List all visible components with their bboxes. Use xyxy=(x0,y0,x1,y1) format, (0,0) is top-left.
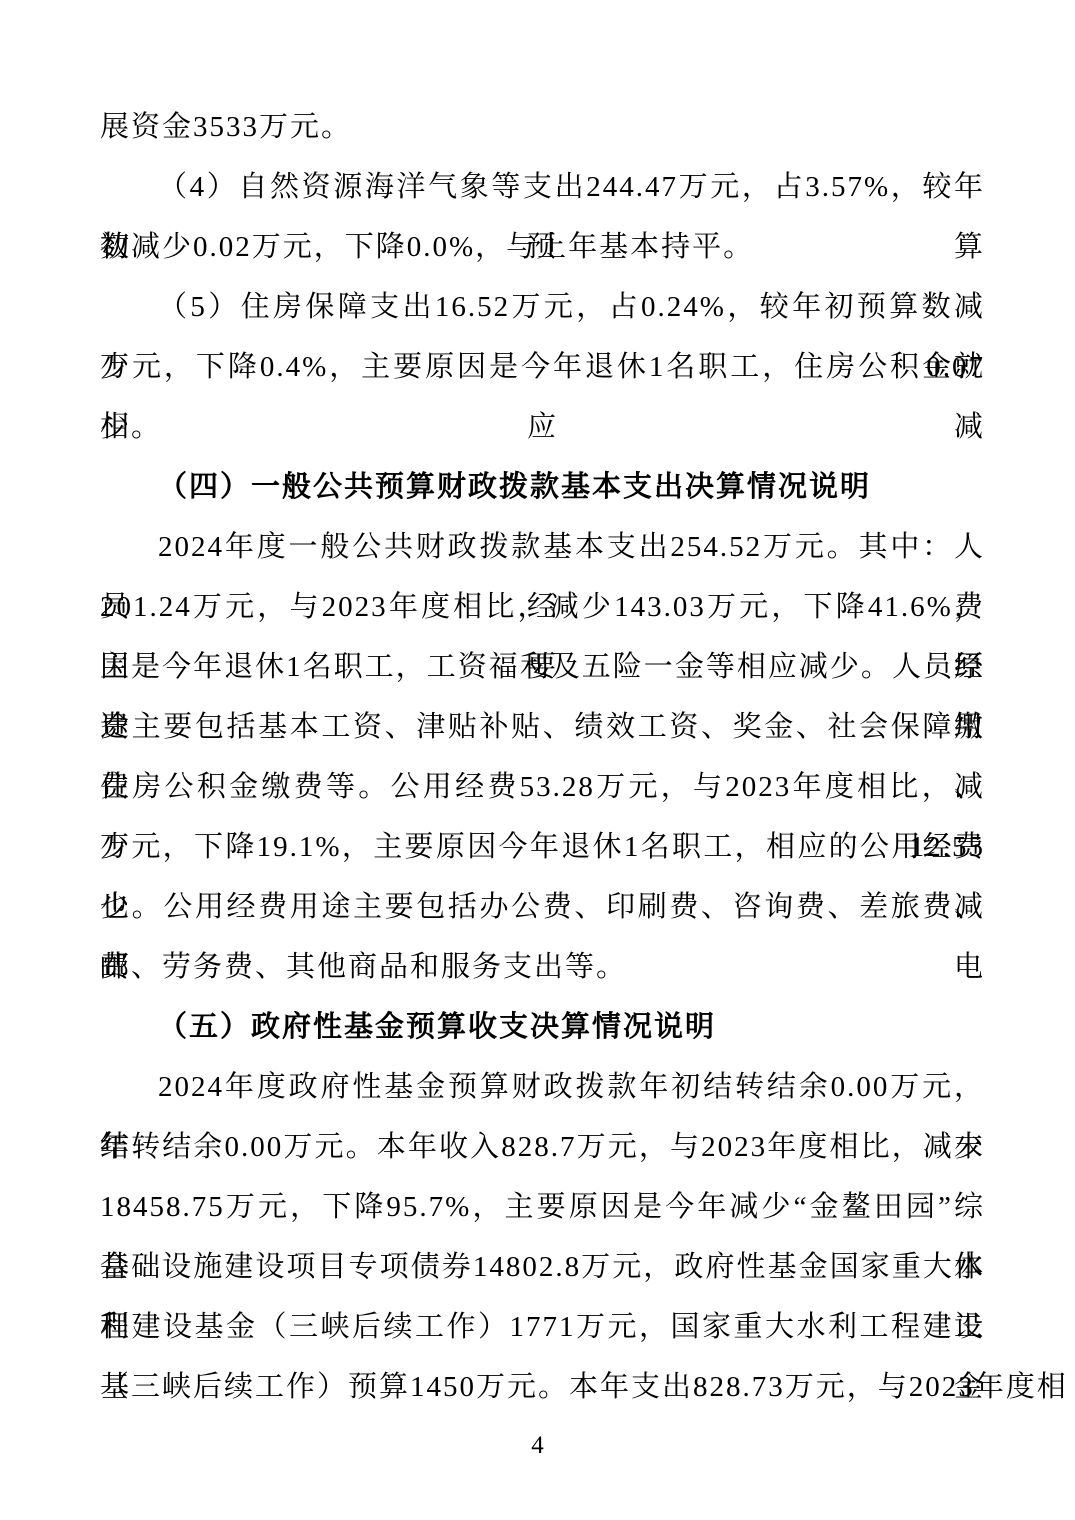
text-line: 程建设基金（三峡后续工作）1771万元，国家重大水利工程建设基金 xyxy=(100,1297,985,1357)
text-line: 18458.75万元，下降95.7%，主要原因是今年减少“金鳌田园”综合体 xyxy=(100,1177,985,1237)
text-line: 万元，下降19.1%，主要原因今年退休1名职工，相应的公用经费也减 xyxy=(100,817,985,877)
text-line: 展资金3533万元。 xyxy=(100,97,985,157)
text-line: 基础设施建设项目专项债券14802.8万元，政府性基金国家重大水利工 xyxy=(100,1237,985,1297)
text-line: （5）住房保障支出16.52万元，占0.24%，较年初预算数减少0.07 xyxy=(100,277,985,337)
text-line: （三峡后续工作）预算1450万元。本年支出828.73万元，与2023年度相 xyxy=(100,1357,985,1417)
document-content: 展资金3533万元。（4）自然资源海洋气象等支出244.47万元，占3.57%，… xyxy=(100,97,985,1417)
text-line: 2024年度一般公共财政拨款基本支出254.52万元。其中：人员经费 xyxy=(100,517,985,577)
text-line: 少。公用经费用途主要包括办公费、印刷费、咨询费、差旅费、邮电 xyxy=(100,877,985,937)
text-line: 201.24万元，与2023年度相比，减少143.03万元，下降41.6%，主要… xyxy=(100,577,985,637)
document-page: 展资金3533万元。（4）自然资源海洋气象等支出244.47万元，占3.57%，… xyxy=(0,0,1075,1520)
page-number: 4 xyxy=(0,1426,1075,1466)
section-heading: （四）一般公共预算财政拨款基本支出决算情况说明 xyxy=(100,457,985,517)
section-heading: （五）政府性基金预算收支决算情况说明 xyxy=(100,997,985,1057)
text-line: 2024年度政府性基金预算财政拨款年初结转结余0.00万元，年末 xyxy=(100,1057,985,1117)
text-line: 住房公积金缴费等。公用经费53.28万元，与2023年度相比，减少12.55 xyxy=(100,757,985,817)
text-line: （4）自然资源海洋气象等支出244.47万元，占3.57%，较年初预算 xyxy=(100,157,985,217)
text-line: 因是今年退休1名职工，工资福利及五险一金等相应减少。人员经费用 xyxy=(100,637,985,697)
text-line: 万元，下降0.4%，主要原因是今年退休1名职工，住房公积金就相应减 xyxy=(100,337,985,397)
text-line: 结转结余0.00万元。本年收入828.7万元，与2023年度相比，减少 xyxy=(100,1117,985,1177)
text-line: 途主要包括基本工资、津贴补贴、绩效工资、奖金、社会保障缴费、 xyxy=(100,697,985,757)
